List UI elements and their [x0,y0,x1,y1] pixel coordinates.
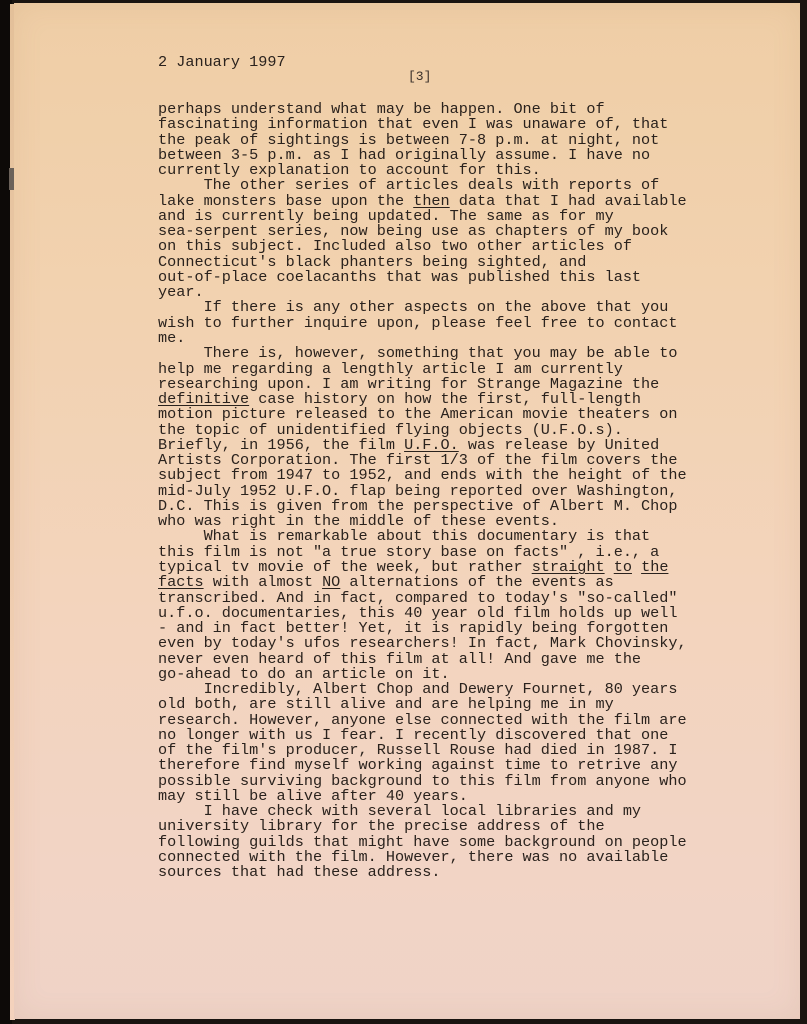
text-line: sources that had these address. [158,865,687,880]
text-line: out-of-place coelacanths that was publis… [158,270,687,285]
scanner-frame-right [800,0,807,1024]
text-line: wish to further inquire upon, please fee… [158,316,687,331]
page-number: [3] [408,69,431,85]
text-run: out-of-place coelacanths that was publis… [158,268,641,286]
underlined-text: the [641,558,668,576]
letter-body: perhaps understand what may be happen. O… [158,102,687,881]
text-run: sources that had these address. [158,863,441,881]
underlined-text: to [614,558,632,576]
text-run: wish to further inquire upon, please fee… [158,314,678,332]
letter-date: 2 January 1997 [158,54,286,70]
text-run [632,558,641,576]
